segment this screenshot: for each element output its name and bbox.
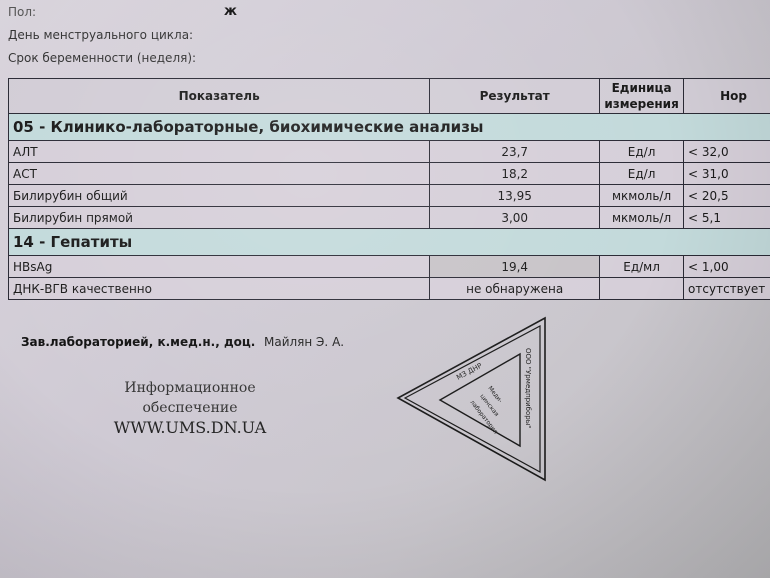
table-row: АЛТ23,7Ед/л< 32,0 bbox=[9, 141, 770, 163]
norm-value: < 20,5 bbox=[684, 185, 770, 207]
table-row: АСТ18,2Ед/л< 31,0 bbox=[9, 163, 770, 185]
group-title: 05 - Клинико-лабораторные, биохимические… bbox=[9, 114, 770, 141]
table-row: HBsAg19,4Ед/мл< 1,00 bbox=[9, 256, 770, 278]
sex-label: Пол: bbox=[8, 5, 36, 19]
info-line-1: Информационное bbox=[100, 378, 280, 398]
info-block: Информационное обеспечение WWW.UMS.DN.UA bbox=[100, 378, 280, 438]
unit-value: мкмоль/л bbox=[600, 185, 684, 207]
norm-value: отсутствует bbox=[684, 278, 770, 300]
norm-value: < 32,0 bbox=[684, 141, 770, 163]
signer-name: Майлян Э. А. bbox=[264, 335, 344, 349]
column-header-result: Результат bbox=[430, 79, 600, 114]
unit-value bbox=[600, 278, 684, 300]
table-header-row: Показатель Результат Единицаизмерения Но… bbox=[9, 79, 770, 114]
column-header-unit: Единицаизмерения bbox=[600, 79, 684, 114]
stamp-right-text: ООО "Урмедприборы" bbox=[524, 348, 532, 428]
column-header-indicator: Показатель bbox=[9, 79, 430, 114]
table-row: Билирубин общий13,95мкмоль/л< 20,5 bbox=[9, 185, 770, 207]
result-value: 19,4 bbox=[430, 256, 600, 278]
norm-value: < 5,1 bbox=[684, 207, 770, 229]
group-title: 14 - Гепатиты bbox=[9, 229, 770, 256]
sex-value: ж bbox=[224, 4, 237, 19]
unit-header-line1: Единица bbox=[612, 81, 672, 95]
signer-title: Зав.лабораторией, к.мед.н., доц. bbox=[21, 335, 255, 349]
results-body: 05 - Клинико-лабораторные, биохимические… bbox=[9, 114, 770, 300]
indicator-name: Билирубин прямой bbox=[9, 207, 430, 229]
group-row: 14 - Гепатиты bbox=[9, 229, 770, 256]
table-row: Билирубин прямой3,00мкмоль/л< 5,1 bbox=[9, 207, 770, 229]
unit-value: Ед/мл bbox=[600, 256, 684, 278]
indicator-name: ДНК-ВГВ качественно bbox=[9, 278, 430, 300]
results-table: Показатель Результат Единицаизмерения Но… bbox=[8, 78, 770, 300]
unit-value: мкмоль/л bbox=[600, 207, 684, 229]
norm-value: < 1,00 bbox=[684, 256, 770, 278]
indicator-name: АСТ bbox=[9, 163, 430, 185]
result-value: 23,7 bbox=[430, 141, 600, 163]
result-value: не обнаружена bbox=[430, 278, 600, 300]
pregnancy-week-label: Срок беременности (неделя): bbox=[8, 51, 196, 65]
norm-value: < 31,0 bbox=[684, 163, 770, 185]
table-row: ДНК-ВГВ качественноне обнаруженаотсутств… bbox=[9, 278, 770, 300]
unit-value: Ед/л bbox=[600, 163, 684, 185]
indicator-name: Билирубин общий bbox=[9, 185, 430, 207]
column-header-norm: Нор bbox=[684, 79, 770, 114]
unit-value: Ед/л bbox=[600, 141, 684, 163]
result-value: 13,95 bbox=[430, 185, 600, 207]
unit-header-line2: измерения bbox=[604, 97, 678, 111]
info-url: WWW.UMS.DN.UA bbox=[100, 418, 280, 438]
indicator-name: HBsAg bbox=[9, 256, 430, 278]
indicator-name: АЛТ bbox=[9, 141, 430, 163]
cycle-day-label: День менструального цикла: bbox=[8, 28, 193, 42]
result-value: 18,2 bbox=[430, 163, 600, 185]
info-line-2: обеспечение bbox=[100, 398, 280, 418]
laboratory-stamp: МЗ ДНР ООО "Урмедприборы" Меди- цинская … bbox=[380, 310, 560, 500]
result-value: 3,00 bbox=[430, 207, 600, 229]
group-row: 05 - Клинико-лабораторные, биохимические… bbox=[9, 114, 770, 141]
